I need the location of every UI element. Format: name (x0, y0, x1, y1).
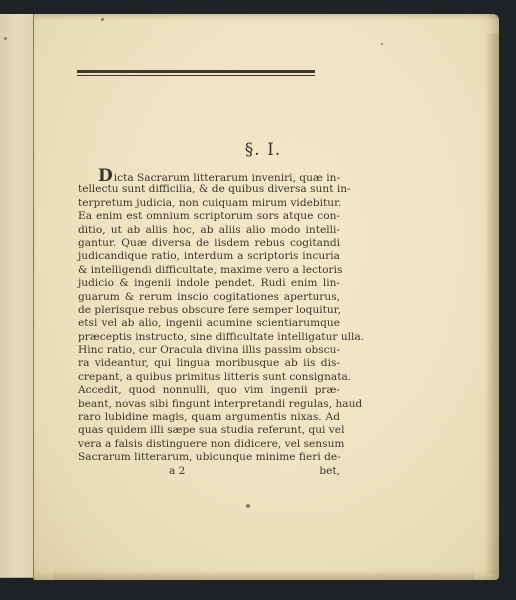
body-text: Dicta Sacrarum litterarum inveniri, quæ … (78, 170, 340, 478)
page-edge-bottom (54, 570, 474, 580)
page-edge-right (485, 34, 499, 574)
text-line: gantur. Quæ diversa de iisdem rebus cogi… (78, 237, 340, 250)
foxing-spot (246, 504, 250, 508)
footer-row: a 2 bet, (78, 465, 340, 478)
catchword: bet, (319, 465, 340, 478)
text-line: raro lubidine magis, quam argumentis nix… (78, 411, 340, 424)
header-rule-thick (77, 70, 315, 73)
text-line: Dicta Sacrarum litterarum inveniri, quæ … (78, 170, 340, 183)
text-line: vera a falsis distinguere non didicere, … (78, 438, 340, 451)
text-line: ditio, ut ab aliis hoc, ab aliis alio mo… (78, 224, 340, 237)
text-line: quas quidem illi sæpe sua studia referun… (78, 424, 340, 437)
text-line: judicandique ratio, interdum a scriptori… (78, 250, 340, 263)
text-line: Hinc ratio, cur Oracula divina illis pas… (78, 344, 340, 357)
signature-mark: a 2 (169, 465, 185, 478)
text-line: guarum & rerum inscio cogitationes apert… (78, 291, 340, 304)
text-line: & intelligendi difficultate, maxime vero… (78, 264, 340, 277)
text-line: Sacrarum litterarum, ubicunque minime fi… (78, 451, 340, 464)
foxing-spot (4, 37, 7, 40)
foxing-spot (101, 18, 104, 21)
text-line: ra videantur, qui lingua moribusque ab i… (78, 357, 340, 370)
text-line: Ea enim est omnium scriptorum sors atque… (78, 210, 340, 223)
foxing-spot (381, 43, 383, 45)
previous-leaf-edge (0, 14, 34, 578)
section-heading: §. I. (0, 140, 516, 160)
text-line: crepant, a quibus primitus litteris sunt… (78, 371, 340, 384)
text-line: beant, novas sibi fingunt interpretandi … (78, 398, 340, 411)
text-line: etsi vel ab alio, ingenii acumine scient… (78, 317, 340, 330)
text-line: tellectu sunt difficilia, & de quibus di… (78, 183, 340, 196)
text-line: de plerisque rebus obscure fere semper l… (78, 304, 340, 317)
text-line: præceptis instructo, sine difficultate i… (78, 331, 340, 344)
scanned-book-page: §. I. Dicta Sacrarum litterarum inveniri… (0, 0, 516, 600)
text-line: Accedit, quod nonnulli, quo vim ingenii … (78, 384, 340, 397)
text-line: judicio & ingenii indole pendet. Rudi en… (78, 277, 340, 290)
text-line: terpretum judicia, non cuiquam mirum vid… (78, 197, 340, 210)
header-rule-thin (77, 75, 315, 76)
